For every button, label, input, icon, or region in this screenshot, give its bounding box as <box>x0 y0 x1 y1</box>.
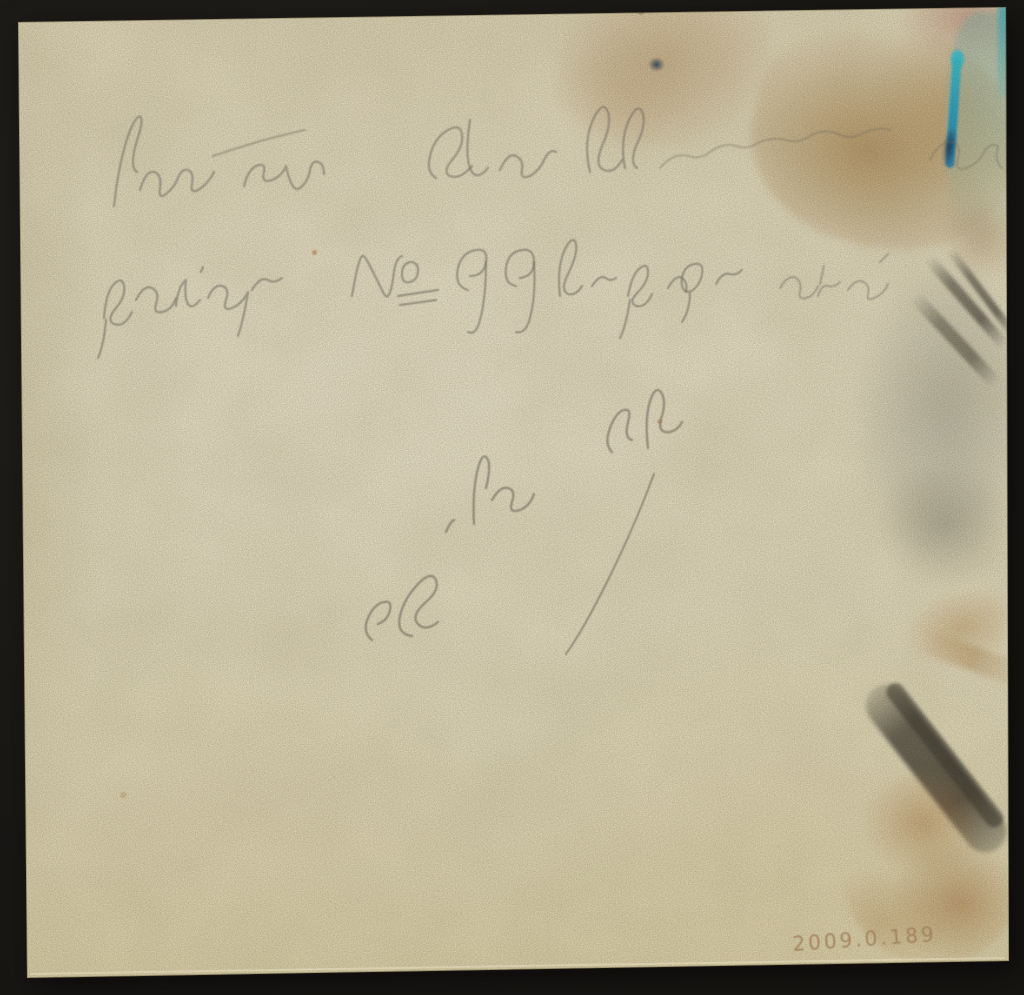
stain-grey-smudge-core <box>878 462 1012 588</box>
stain-teal-drip <box>945 56 962 168</box>
stain-tan-wash-top-soft <box>556 36 696 151</box>
artwork-verso-paper <box>0 0 1024 995</box>
stain-ochre-band <box>918 629 1024 688</box>
stain-teal-drip-head <box>951 50 964 68</box>
charcoal-stroke-lower-right <box>857 676 1014 861</box>
stain-green-wash-right-edge <box>946 12 1022 244</box>
stain-ochre-edge-extension <box>938 186 1024 282</box>
foxing-speck <box>120 792 127 798</box>
stain-tan-wash-top <box>528 0 802 177</box>
paper-shadow-wrapper <box>0 0 1024 995</box>
stain-navy-speck <box>648 57 665 72</box>
stain-sienna-speckle-patch <box>827 757 1024 978</box>
stain-rose-corner-tint <box>900 0 1024 64</box>
stain-ochre-mid-right <box>894 573 1024 681</box>
foxing-speck <box>638 10 644 15</box>
foxing-speck <box>657 419 662 424</box>
stain-ochre-blot-top-right <box>729 0 1024 277</box>
foxing-speck <box>312 250 317 255</box>
stain-teal-edge-streak <box>998 2 1018 98</box>
charcoal-stroke-lower-right-core <box>883 679 1007 830</box>
stain-navy-blot <box>940 125 959 168</box>
photo-backdrop: 2009.0.189 <box>0 0 1024 995</box>
